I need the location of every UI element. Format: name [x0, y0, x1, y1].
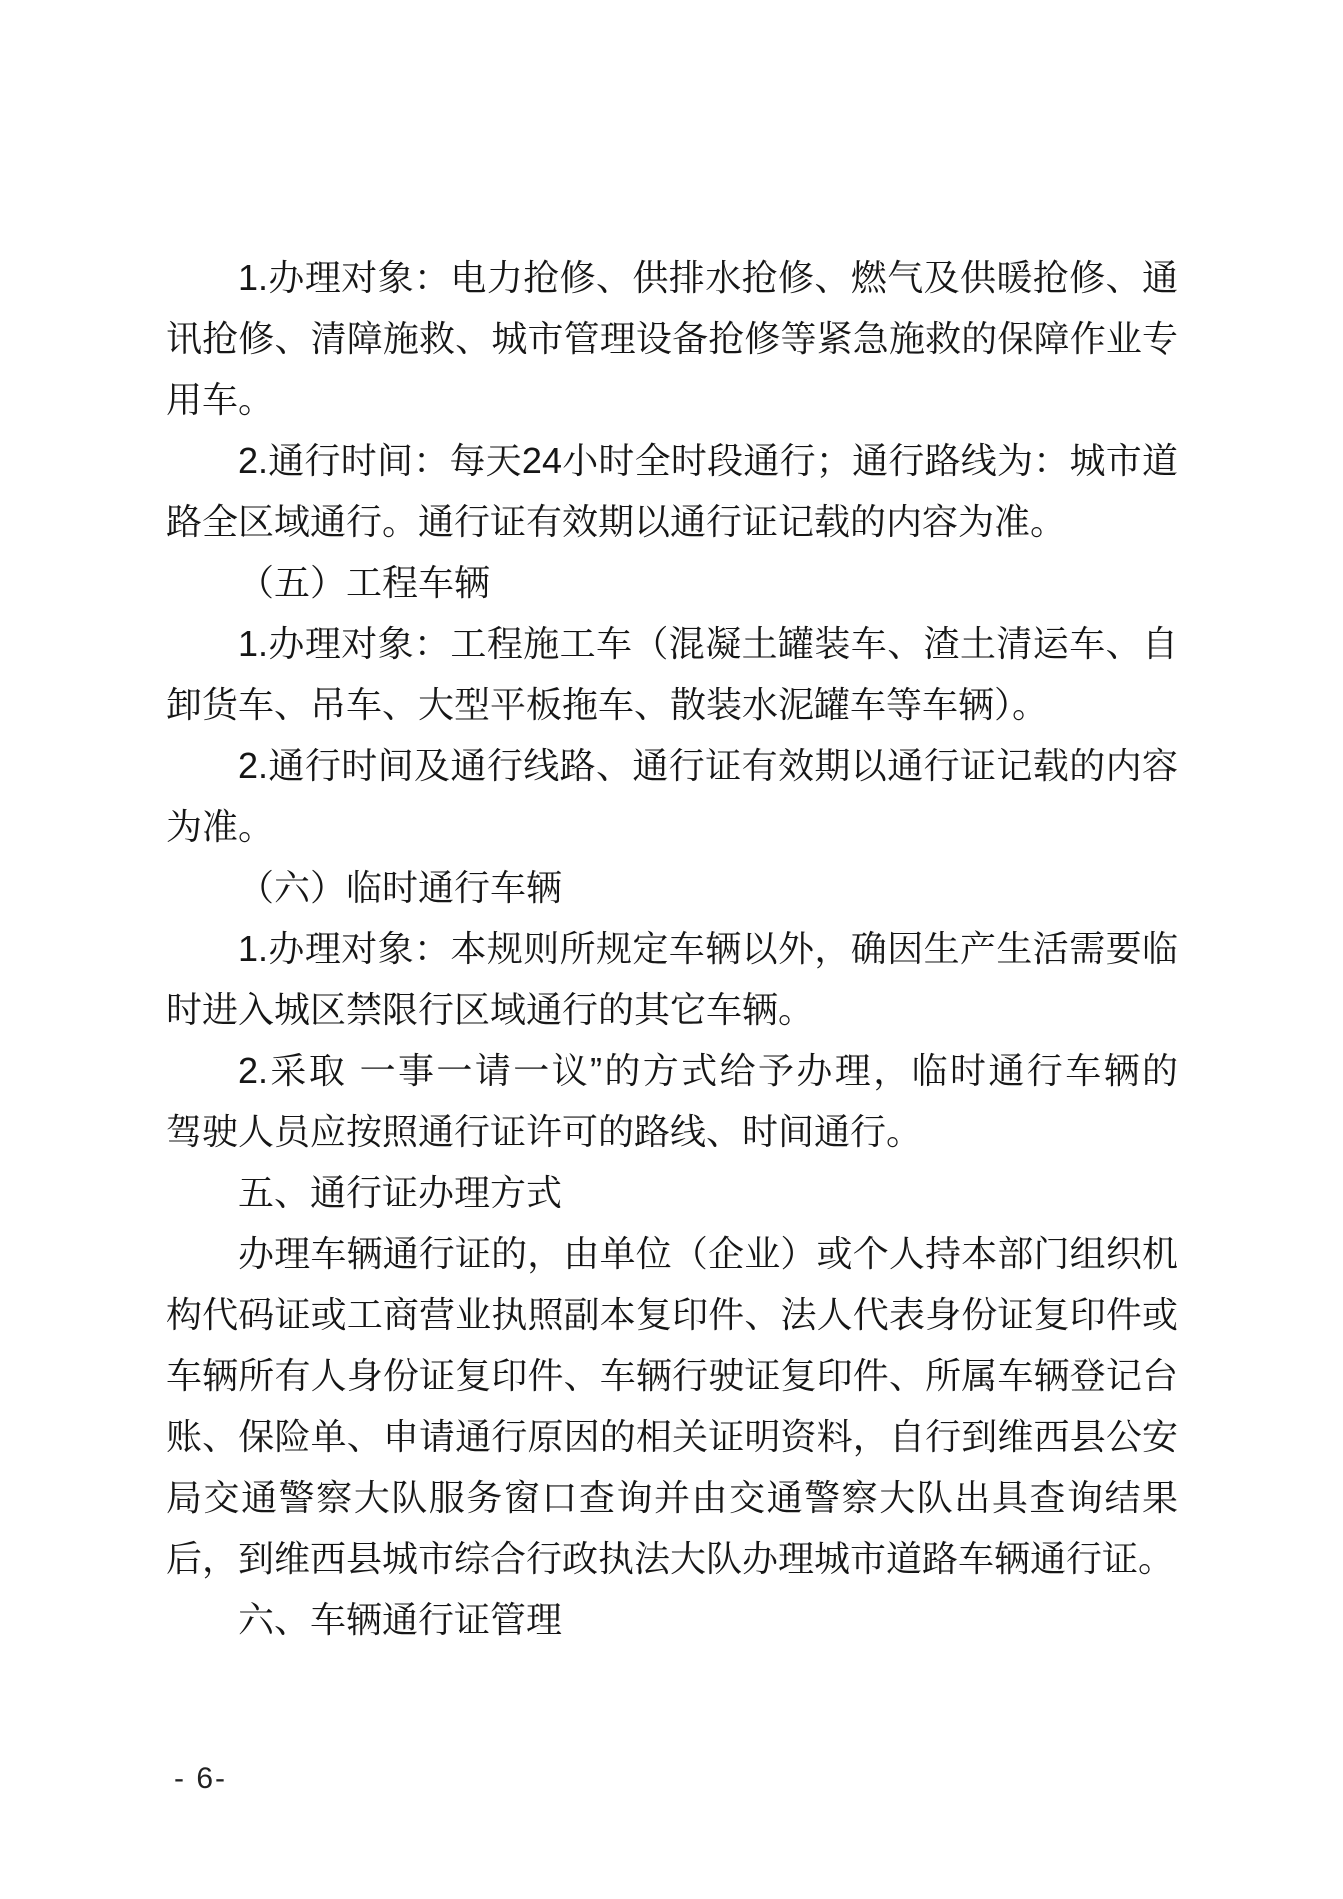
text-line: 六、车辆通行证管理: [166, 1589, 1178, 1650]
text-line: 用车。: [166, 369, 1178, 430]
paragraph: 1.办理对象：本规则所规定车辆以外，确因生产生活需要临时进入城区禁限行区域通行的…: [166, 918, 1178, 1040]
paragraph: 1.办理对象：电力抢修、供排水抢修、燃气及供暖抢修、通讯抢修、清障施救、城市管理…: [166, 247, 1178, 430]
text-line: 2.通行时间及通行线路、通行证有效期以通行证记载的内容: [166, 735, 1178, 796]
paragraph: 2.通行时间：每天24小时全时段通行；通行路线为：城市道路全区域通行。通行证有效…: [166, 430, 1178, 552]
text-line: 为准。: [166, 796, 1178, 857]
text-line: 1.办理对象：电力抢修、供排水抢修、燃气及供暖抢修、通: [166, 247, 1178, 308]
text-line: 讯抢修、清障施救、城市管理设备抢修等紧急施救的保障作业专: [166, 308, 1178, 369]
text-line: 1.办理对象：本规则所规定车辆以外，确因生产生活需要临: [166, 918, 1178, 979]
section-heading: 六、车辆通行证管理: [166, 1589, 1178, 1650]
text-line: 2.通行时间：每天24小时全时段通行；通行路线为：城市道: [166, 430, 1178, 491]
text-line: 五、通行证办理方式: [166, 1162, 1178, 1223]
page-number: - 6-: [174, 1762, 227, 1796]
paragraph: 2.通行时间及通行线路、通行证有效期以通行证记载的内容为准。: [166, 735, 1178, 857]
section-heading: （六）临时通行车辆: [166, 857, 1178, 918]
text-line: 局交通警察大队服务窗口查询并由交通警察大队出具查询结果: [166, 1467, 1178, 1528]
section-heading: （五）工程车辆: [166, 552, 1178, 613]
text-block: 1.办理对象：电力抢修、供排水抢修、燃气及供暖抢修、通讯抢修、清障施救、城市管理…: [166, 247, 1178, 1650]
text-line: 构代码证或工商营业执照副本复印件、法人代表身份证复印件或: [166, 1284, 1178, 1345]
text-line: （五）工程车辆: [166, 552, 1178, 613]
text-line: 办理车辆通行证的，由单位（企业）或个人持本部门组织机: [166, 1223, 1178, 1284]
text-line: 2.采取 一事一请一议”的方式给予办理，临时通行车辆的: [166, 1040, 1178, 1101]
paragraph: 1.办理对象：工程施工车（混凝土罐装车、渣土清运车、自卸货车、吊车、大型平板拖车…: [166, 613, 1178, 735]
text-line: （六）临时通行车辆: [166, 857, 1178, 918]
document-page: 1.办理对象：电力抢修、供排水抢修、燃气及供暖抢修、通讯抢修、清障施救、城市管理…: [0, 0, 1343, 1899]
text-line: 1.办理对象：工程施工车（混凝土罐装车、渣土清运车、自: [166, 613, 1178, 674]
paragraph: 办理车辆通行证的，由单位（企业）或个人持本部门组织机构代码证或工商营业执照副本复…: [166, 1223, 1178, 1589]
paragraph: 2.采取 一事一请一议”的方式给予办理，临时通行车辆的驾驶人员应按照通行证许可的…: [166, 1040, 1178, 1162]
section-heading: 五、通行证办理方式: [166, 1162, 1178, 1223]
text-line: 车辆所有人身份证复印件、车辆行驶证复印件、所属车辆登记台: [166, 1345, 1178, 1406]
text-line: 驾驶人员应按照通行证许可的路线、时间通行。: [166, 1101, 1178, 1162]
text-line: 路全区域通行。通行证有效期以通行证记载的内容为准。: [166, 491, 1178, 552]
text-line: 后，到维西县城市综合行政执法大队办理城市道路车辆通行证。: [166, 1528, 1178, 1589]
text-line: 卸货车、吊车、大型平板拖车、散装水泥罐车等车辆）。: [166, 674, 1178, 735]
text-line: 时进入城区禁限行区域通行的其它车辆。: [166, 979, 1178, 1040]
text-line: 账、保险单、申请通行原因的相关证明资料，自行到维西县公安: [166, 1406, 1178, 1467]
